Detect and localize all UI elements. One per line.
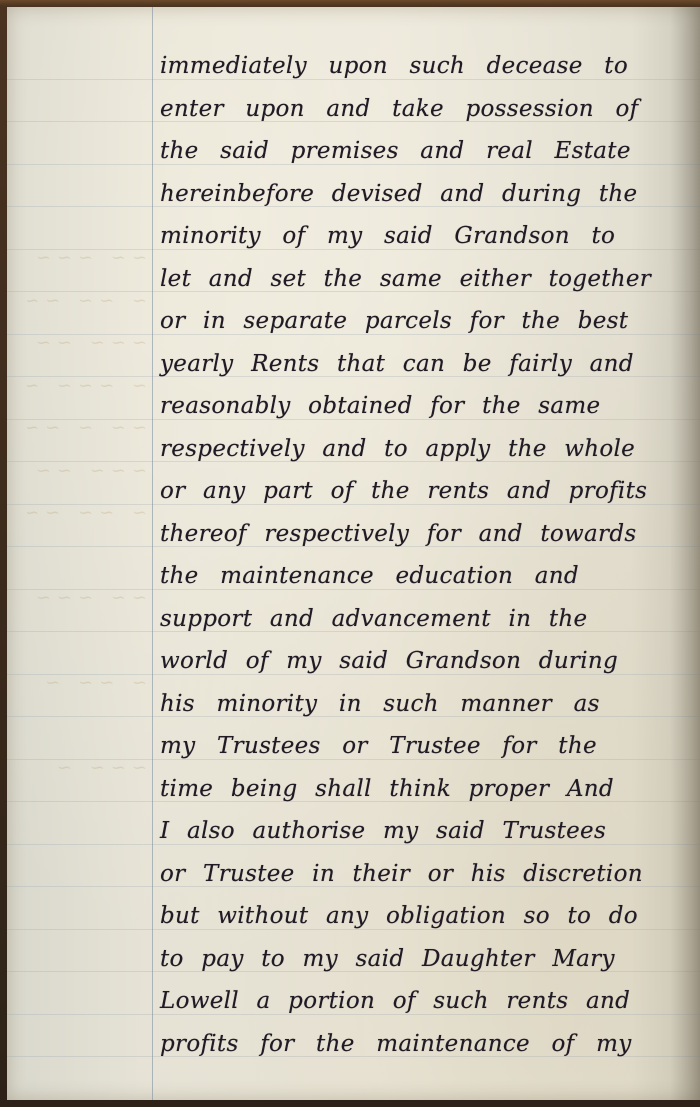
text-line: I also authorise my said Trustees [160, 810, 680, 853]
text-line: immediately upon such decease to [160, 45, 680, 88]
bleed-through-mark: ~~~ ~~ [27, 460, 147, 472]
bleed-through-mark: ~ ~~ ~~~ [27, 290, 147, 302]
text-line: let and set the same either together [160, 258, 680, 301]
text-line: yearly Rents that can be fairly and [160, 343, 680, 386]
bleed-through-mark: ~~ ~~~ ~~ [27, 247, 147, 259]
text-line: profits for the maintenance of my [160, 1023, 680, 1066]
text-line: world of my said Grandson during [160, 640, 680, 683]
bleed-through-mark: ~ ~~~ ~~ [27, 375, 147, 387]
bleed-through-mark: ~ ~~ ~~ [27, 502, 147, 514]
text-line: but without any obligation so to do [160, 895, 680, 938]
bleed-through-mark: ~~~ ~~ ~ [27, 332, 147, 344]
text-line: or any part of the rents and profits [160, 470, 680, 513]
margin-rule [152, 7, 153, 1100]
text-line: reasonably obtained for the same [160, 385, 680, 428]
text-line: hereinbefore devised and during the [160, 173, 680, 216]
text-line: or in separate parcels for the best [160, 300, 680, 343]
text-line: support and advancement in the [160, 598, 680, 641]
bleed-through-mark: ~~ ~ ~~~ [27, 417, 147, 429]
bleed-through-mark: ~ ~~ ~ [27, 672, 147, 684]
handwritten-text: immediately upon such decease to enter u… [160, 45, 680, 1065]
text-line: minority of my said Grandson to [160, 215, 680, 258]
text-line: thereof respectively for and towards [160, 513, 680, 556]
text-line: time being shall think proper And [160, 768, 680, 811]
text-line: his minority in such manner as [160, 683, 680, 726]
text-line: enter upon and take possession of [160, 88, 680, 131]
text-line: to pay to my said Daughter Mary [160, 938, 680, 981]
bleed-through-mark: ~~~ ~ [27, 757, 147, 769]
text-line: the maintenance education and [160, 555, 680, 598]
manuscript-page: ~~ ~~~ ~~ ~ ~~ ~~~ ~~~ ~~ ~ ~ ~~~ ~~ ~~ … [7, 7, 700, 1100]
text-line: respectively and to apply the whole [160, 428, 680, 471]
text-line: my Trustees or Trustee for the [160, 725, 680, 768]
book-frame: ~~ ~~~ ~~ ~ ~~ ~~~ ~~~ ~~ ~ ~ ~~~ ~~ ~~ … [0, 0, 700, 1107]
text-line: the said premises and real Estate [160, 130, 680, 173]
text-line: Lowell a portion of such rents and [160, 980, 680, 1023]
bleed-through-mark: ~~ ~~~ [27, 587, 147, 599]
text-line: or Trustee in their or his discretion [160, 853, 680, 896]
